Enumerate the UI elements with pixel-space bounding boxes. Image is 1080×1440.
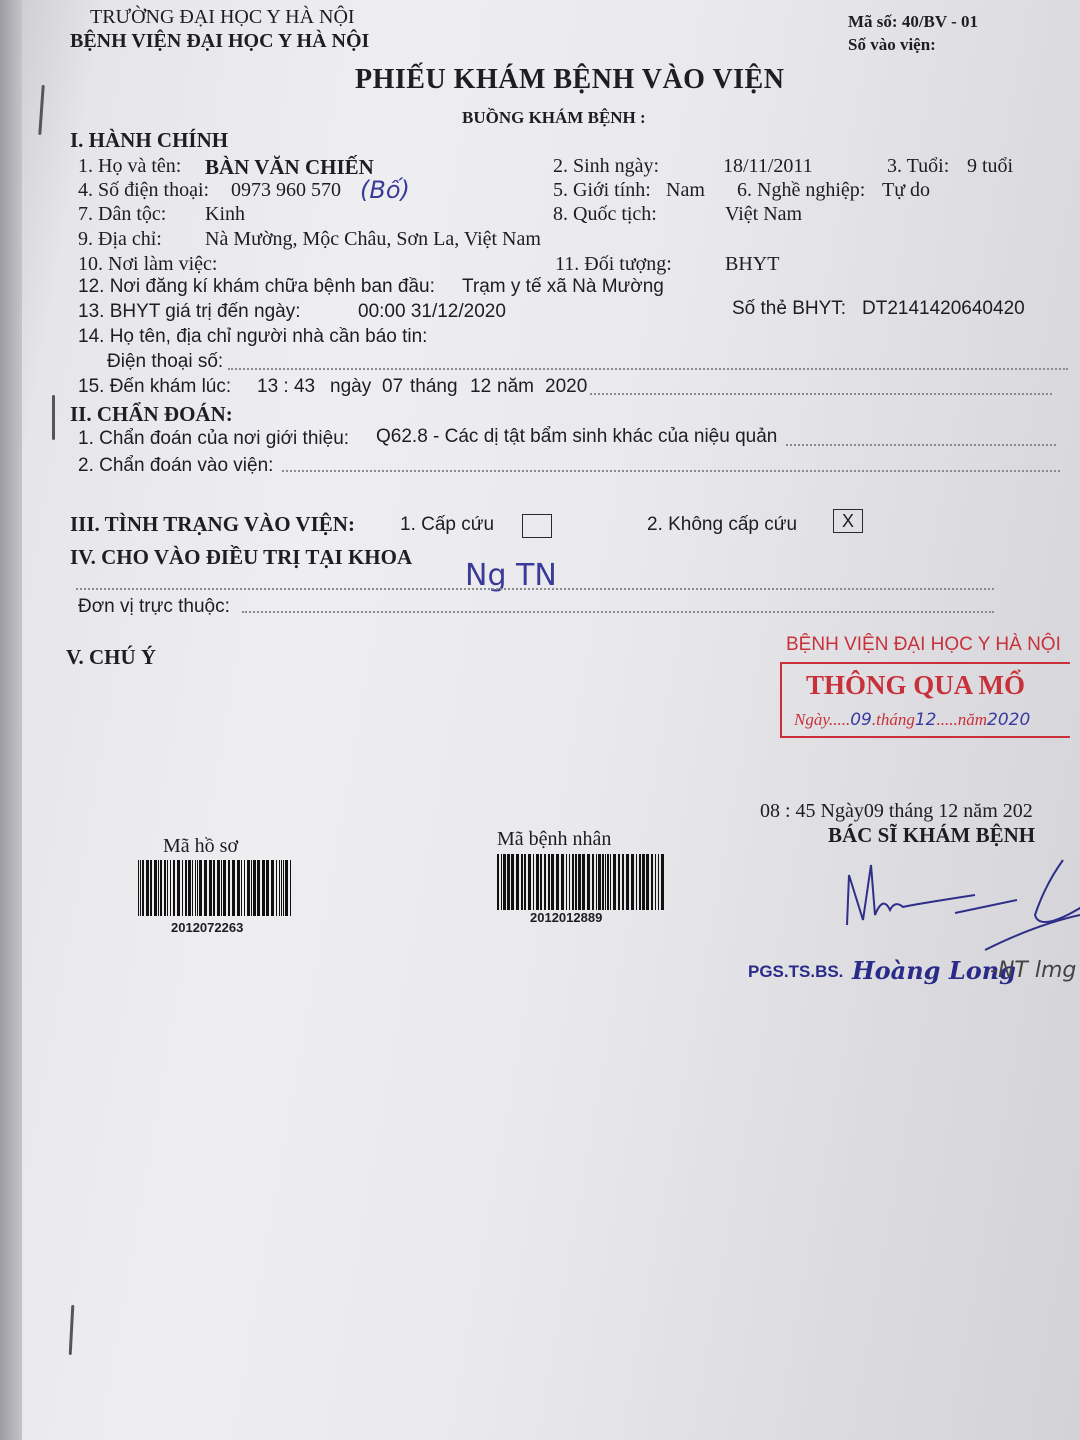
age-value: 9 tuổi	[967, 155, 1013, 178]
form-code: Mã số: 40/BV - 01	[848, 12, 978, 32]
referral-diagnosis-dots	[786, 444, 1056, 446]
record-barcode	[138, 860, 292, 916]
emergency-label: 1. Cấp cứu	[400, 514, 494, 536]
bhyt-card-number: DT2141420640420	[862, 298, 1025, 320]
signature-role: BÁC SĨ KHÁM BỆNH	[828, 823, 1035, 848]
relative-label: 14. Họ tên, địa chỉ người nhà cần báo ti…	[78, 326, 427, 348]
section-notes-heading: V. CHÚ Ý	[66, 645, 156, 670]
ethnic-label: 7. Dân tộc:	[78, 203, 166, 226]
phone-value: 0973 960 570	[231, 179, 341, 202]
admission-diagnosis-label: 2. Chẩn đoán vào viện:	[78, 455, 273, 477]
nationality-label: 8. Quốc tịch:	[553, 203, 657, 226]
record-code-label: Mã hồ sơ	[163, 835, 238, 858]
admission-diagnosis-field	[282, 470, 1060, 472]
exam-room-label: BUỒNG KHÁM BỆNH :	[462, 108, 646, 128]
unit-label: Đơn vị trực thuộc:	[78, 596, 230, 618]
staple-mark	[69, 1305, 75, 1355]
department-field-dots	[76, 588, 994, 590]
referral-diagnosis-value: Q62.8 - Các dị tật bẩm sinh khác của niệ…	[376, 426, 777, 448]
bhyt-valid-value: 00:00 31/12/2020	[358, 301, 506, 323]
arrival-time: 13 : 43	[257, 376, 315, 398]
stamp-text: THÔNG QUA MỔ	[806, 670, 1025, 701]
object-label: 11. Đối tượng:	[555, 253, 672, 276]
stamp-date: Ngày.....09.tháng12.....năm2020	[794, 710, 1030, 730]
address-label: 9. Địa chỉ:	[78, 228, 162, 251]
arrival-year: 2020	[545, 376, 587, 398]
section-diagnosis-heading: II. CHẨN ĐOÁN:	[70, 402, 233, 427]
name-label: 1. Họ và tên:	[78, 155, 181, 178]
job-label: 6. Nghề nghiệp:	[737, 179, 865, 202]
university-name: TRƯỜNG ĐẠI HỌC Y HÀ NỘI	[90, 6, 355, 29]
bhyt-card-label: Số thẻ BHYT:	[732, 298, 846, 320]
initial-registration-value: Trạm y tế xã Nà Mường	[462, 276, 664, 298]
object-value: BHYT	[725, 253, 779, 276]
arrival-year-label: năm	[497, 376, 534, 398]
arrival-month-label: tháng	[410, 376, 458, 398]
non-emergency-label: 2. Không cấp cứu	[647, 514, 797, 536]
section-department-heading: IV. CHO VÀO ĐIỀU TRỊ TẠI KHOA	[70, 545, 412, 570]
age-label: 3. Tuổi:	[887, 155, 949, 178]
unit-field-dots	[242, 611, 994, 613]
workplace-label: 10. Nơi làm việc:	[78, 253, 217, 276]
phone-label: 4. Số điện thoại:	[78, 179, 209, 202]
hospital-name: BỆNH VIỆN ĐẠI HỌC Y HÀ NỘI	[70, 30, 369, 53]
section-admin-heading: I. HÀNH CHÍNH	[70, 128, 228, 153]
patient-barcode	[497, 854, 665, 910]
gender-label: 5. Giới tính:	[553, 179, 651, 202]
patient-code-label: Mã bệnh nhân	[497, 828, 611, 851]
record-code-value: 2012072263	[171, 920, 243, 935]
section-status-heading: III. TÌNH TRẠNG VÀO VIỆN:	[70, 512, 355, 537]
bhyt-valid-label: 13. BHYT giá trị đến ngày:	[78, 301, 301, 323]
dob-value: 18/11/2011	[723, 155, 813, 178]
stamp-hospital: BỆNH VIỆN ĐẠI HỌC Y HÀ NỘI	[786, 634, 1061, 656]
page-edge	[0, 0, 22, 1440]
gender-value: Nam	[666, 179, 705, 202]
relative-phone-field	[228, 368, 1068, 370]
surgery-approval-stamp: BỆNH VIỆN ĐẠI HỌC Y HÀ NỘI THÔNG QUA MỔ …	[780, 630, 1070, 738]
relative-phone-label: Điện thoại số:	[107, 351, 223, 373]
signature-datetime: 08 : 45 Ngày09 tháng 12 năm 202	[760, 800, 1033, 823]
admission-number-label: Số vào viện:	[848, 35, 936, 55]
referral-diagnosis-label: 1. Chẩn đoán của nơi giới thiệu:	[78, 428, 349, 450]
non-emergency-checkbox[interactable]: X	[833, 509, 863, 533]
patient-name: BÀN VĂN CHIẾN	[205, 155, 374, 180]
arrival-field-dots	[590, 393, 1052, 395]
doctor-title: PGS.TS.BS.	[748, 962, 843, 982]
arrival-day: 07	[382, 376, 403, 398]
arrival-label: 15. Đến khám lúc:	[78, 376, 231, 398]
nationality-value: Việt Nam	[725, 203, 802, 226]
ethnic-value: Kinh	[205, 203, 245, 226]
address-value: Nà Mường, Mộc Châu, Sơn La, Việt Nam	[205, 228, 541, 251]
dob-label: 2. Sinh ngày:	[553, 155, 659, 178]
doctor-signature	[835, 855, 1080, 955]
initial-registration-label: 12. Nơi đăng kí khám chữa bệnh ban đầu:	[78, 276, 435, 298]
document-title: PHIẾU KHÁM BỆNH VÀO VIỆN	[355, 64, 784, 96]
patient-code-value: 2012012889	[530, 910, 602, 925]
job-value: Tự do	[882, 179, 930, 202]
staple-mark	[52, 395, 55, 440]
emergency-checkbox[interactable]	[522, 514, 552, 538]
phone-handwritten-note: (Bố)	[360, 176, 410, 204]
arrival-month: 12	[470, 376, 491, 398]
signature-handwritten-note: -NT lmg	[990, 958, 1076, 983]
staple-mark	[38, 85, 44, 135]
arrival-day-label: ngày	[330, 376, 371, 398]
